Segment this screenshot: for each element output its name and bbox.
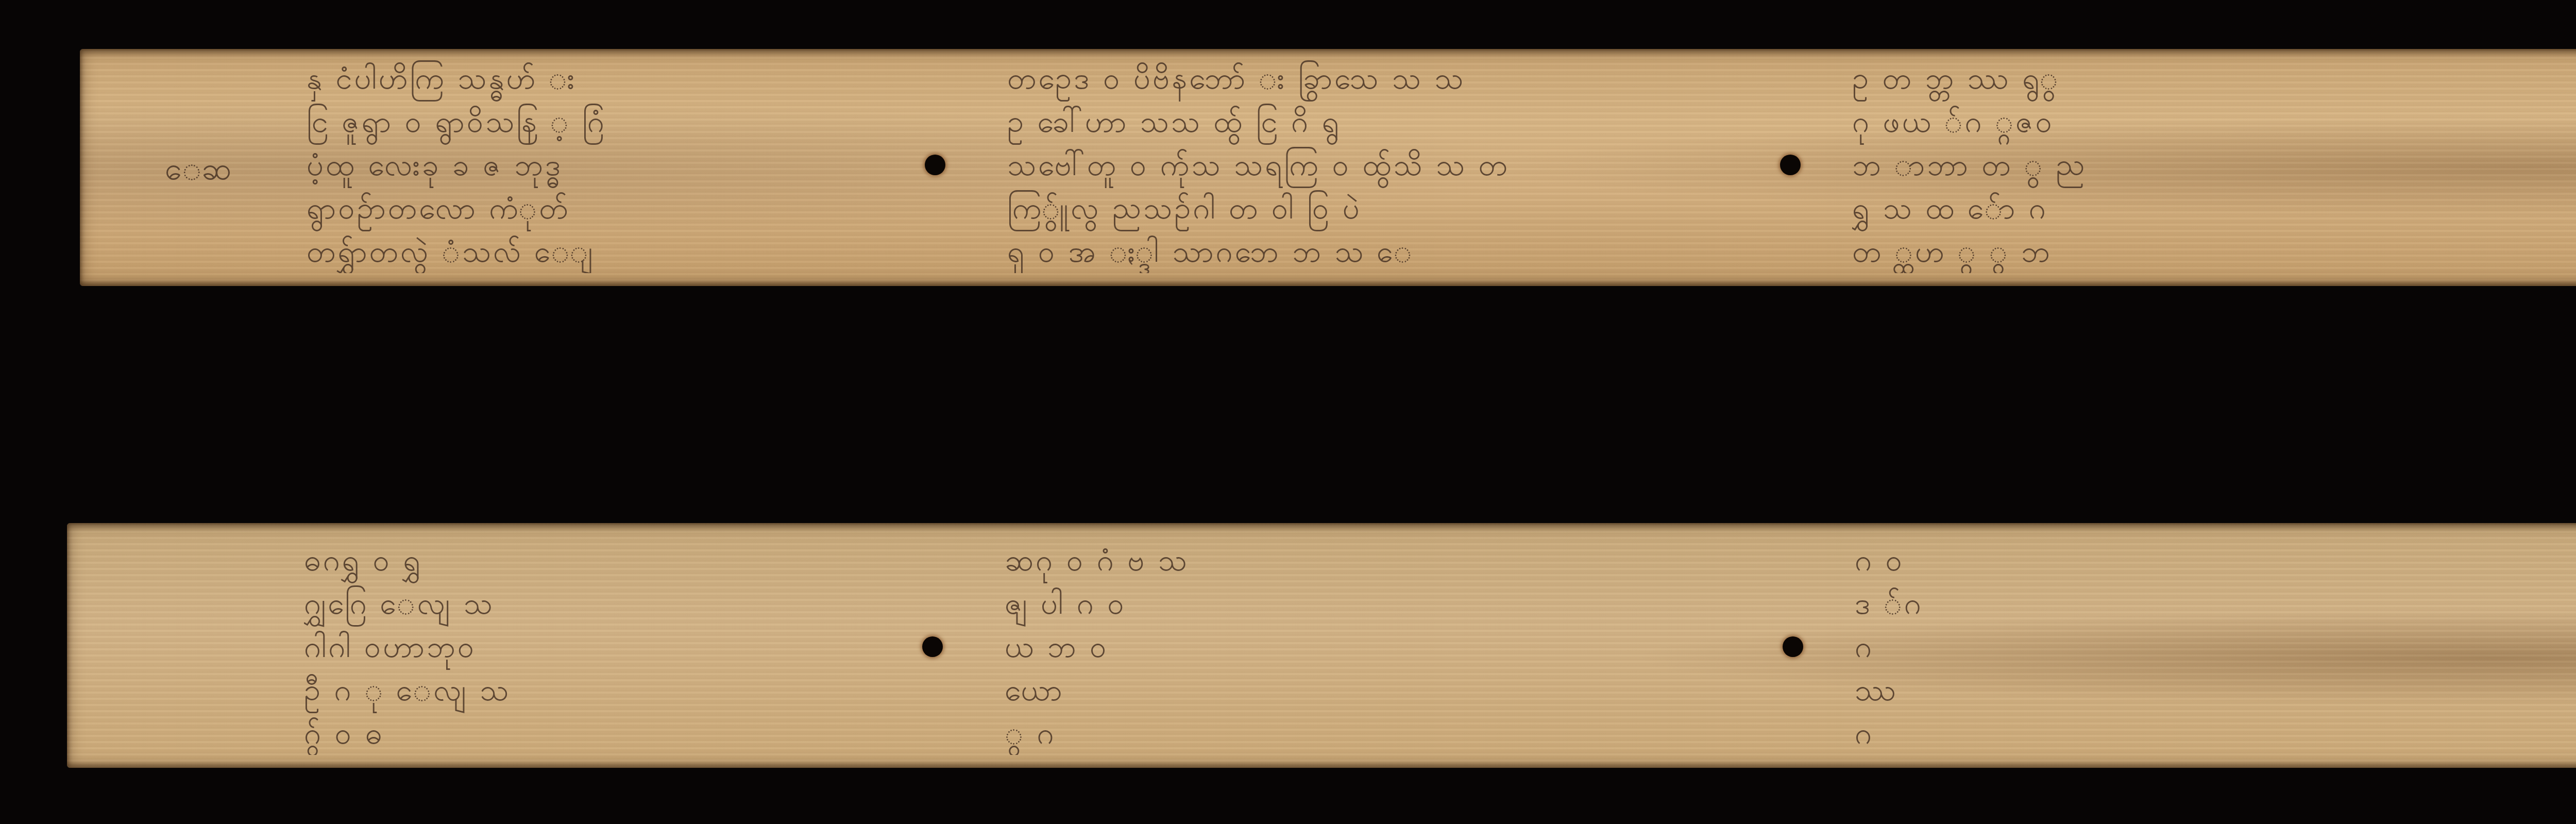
text-line: ရွှ သ ထ ်ော ဂ: [1852, 187, 2419, 230]
text-line: ရှ ၀ အ ႏ္ဒါ သာဂဘေ ဘ သ ေ: [1007, 230, 1765, 273]
text-column-1: နှ ငံပါဟိကြ သန္ဓဟ် း ငြ ဇူရွာ ၀ ရွာဝိသနြ…: [307, 57, 951, 273]
text-line: ဦ ဂ ု ေလျ သ: [304, 668, 922, 712]
text-line: ဇျ ပါ ဂ ၀: [1005, 582, 1762, 625]
text-line: ယော: [1005, 668, 1762, 712]
text-line: ဓဂရွှ ၀ ရွှ: [304, 539, 922, 582]
text-line: ဂျွှဂြေ ေလျ သ: [304, 582, 922, 625]
text-column-2: ဆဂု ဝ ဂံ ဗ သ ဇျ ပါ ဂ ၀ ယ ဘ ၀ ယော ွ ဂ: [1005, 539, 1762, 755]
text-line: ရွာဝဉ်ာတလော ကံုတ်: [307, 187, 951, 230]
text-line: ဂု ဖယ ်ဂ ္ဂဇဝ: [1852, 100, 2419, 143]
text-column-2: တဥေဒ ၀ ပိဗိနဘော် း ခြွာသေ သ သ ဥ ခေါ်ဟာ သ…: [1007, 57, 1765, 273]
binding-hole: [925, 155, 945, 175]
text-line: တဥေဒ ၀ ပိဗိနဘော် း ခြွာသေ သ သ: [1007, 57, 1765, 100]
text-line: ဂါဂါ ဝဟာဘုဝ: [304, 625, 922, 668]
text-line: ဥ တ ဘ္တ ဿ ရွွ: [1852, 57, 2419, 100]
margin-folio-label: ေဆ: [165, 149, 231, 195]
text-line: သဗေါ်တူ ၀ က်ုသ သရကြ ၀ ထွ်သိ သ တ: [1007, 143, 1765, 187]
text-line: ဂ: [1855, 625, 2370, 668]
palm-leaf-folio-top: ေဆ နှ ငံပါဟိကြ သန္ဓဟ် း ငြ ဇူရွာ ၀ ရွာဝိ…: [80, 49, 2576, 286]
binding-hole: [922, 636, 943, 657]
text-column-3: ဥ တ ဘ္တ ဿ ရွွ ဂု ဖယ ်ဂ ္ဂဇဝ ဘ ာဘာ တ ွ ည …: [1852, 57, 2419, 273]
text-line: ငြ ဇူရွာ ၀ ရွာဝိသနြ ့ ဂြံ: [307, 100, 951, 143]
text-line: ဂွ် ၀ ဓ: [304, 712, 922, 755]
text-line: ပံ့ထူ လေးခု ခ ဇ ဘုဒ္ဓ: [307, 143, 951, 187]
text-line: ဘ ာဘာ တ ွ ည: [1852, 143, 2419, 187]
text-line: ဆဂု ဝ ဂံ ဗ သ: [1005, 539, 1762, 582]
palm-leaf-folio-bottom: ဓဂရွှ ၀ ရွှ ဂျွှဂြေ ေလျ သ ဂါဂါ ဝဟာဘုဝ ဦ …: [67, 523, 2576, 768]
text-column-1: ဓဂရွှ ၀ ရွှ ဂျွှဂြေ ေလျ သ ဂါဂါ ဝဟာဘုဝ ဦ …: [304, 539, 922, 755]
text-line: ွ ဂ: [1005, 712, 1762, 755]
text-line: ဒ ်ဂ: [1855, 582, 2370, 625]
text-line: ယ ဘ ၀: [1005, 625, 1762, 668]
binding-hole: [1783, 636, 1803, 657]
text-line: တရွှ်ာတလွဲ ံသလ် ေျ: [307, 230, 951, 273]
text-line: ဂ ၀: [1855, 539, 2370, 582]
binding-hole: [1780, 155, 1801, 175]
text-line: ဿ: [1855, 668, 2370, 712]
text-line: ဥ ခေါ်ဟာ သသ ထ်ွ ငြ ဂိ ရွ: [1007, 100, 1765, 143]
text-line: တ ္ထဟ ္ဂ ွ ဘ: [1852, 230, 2419, 273]
text-line: နှ ငံပါဟိကြ သန္ဓဟ် း: [307, 57, 951, 100]
text-column-3: ဂ ၀ ဒ ်ဂ ဂ ဿ ဂ: [1855, 539, 2370, 755]
text-line: ဂ: [1855, 712, 2370, 755]
text-line: ကြ်ွူလွ ညသဥ်ဂါ တ ဝါ ဝြ ပဲ: [1007, 187, 1765, 230]
